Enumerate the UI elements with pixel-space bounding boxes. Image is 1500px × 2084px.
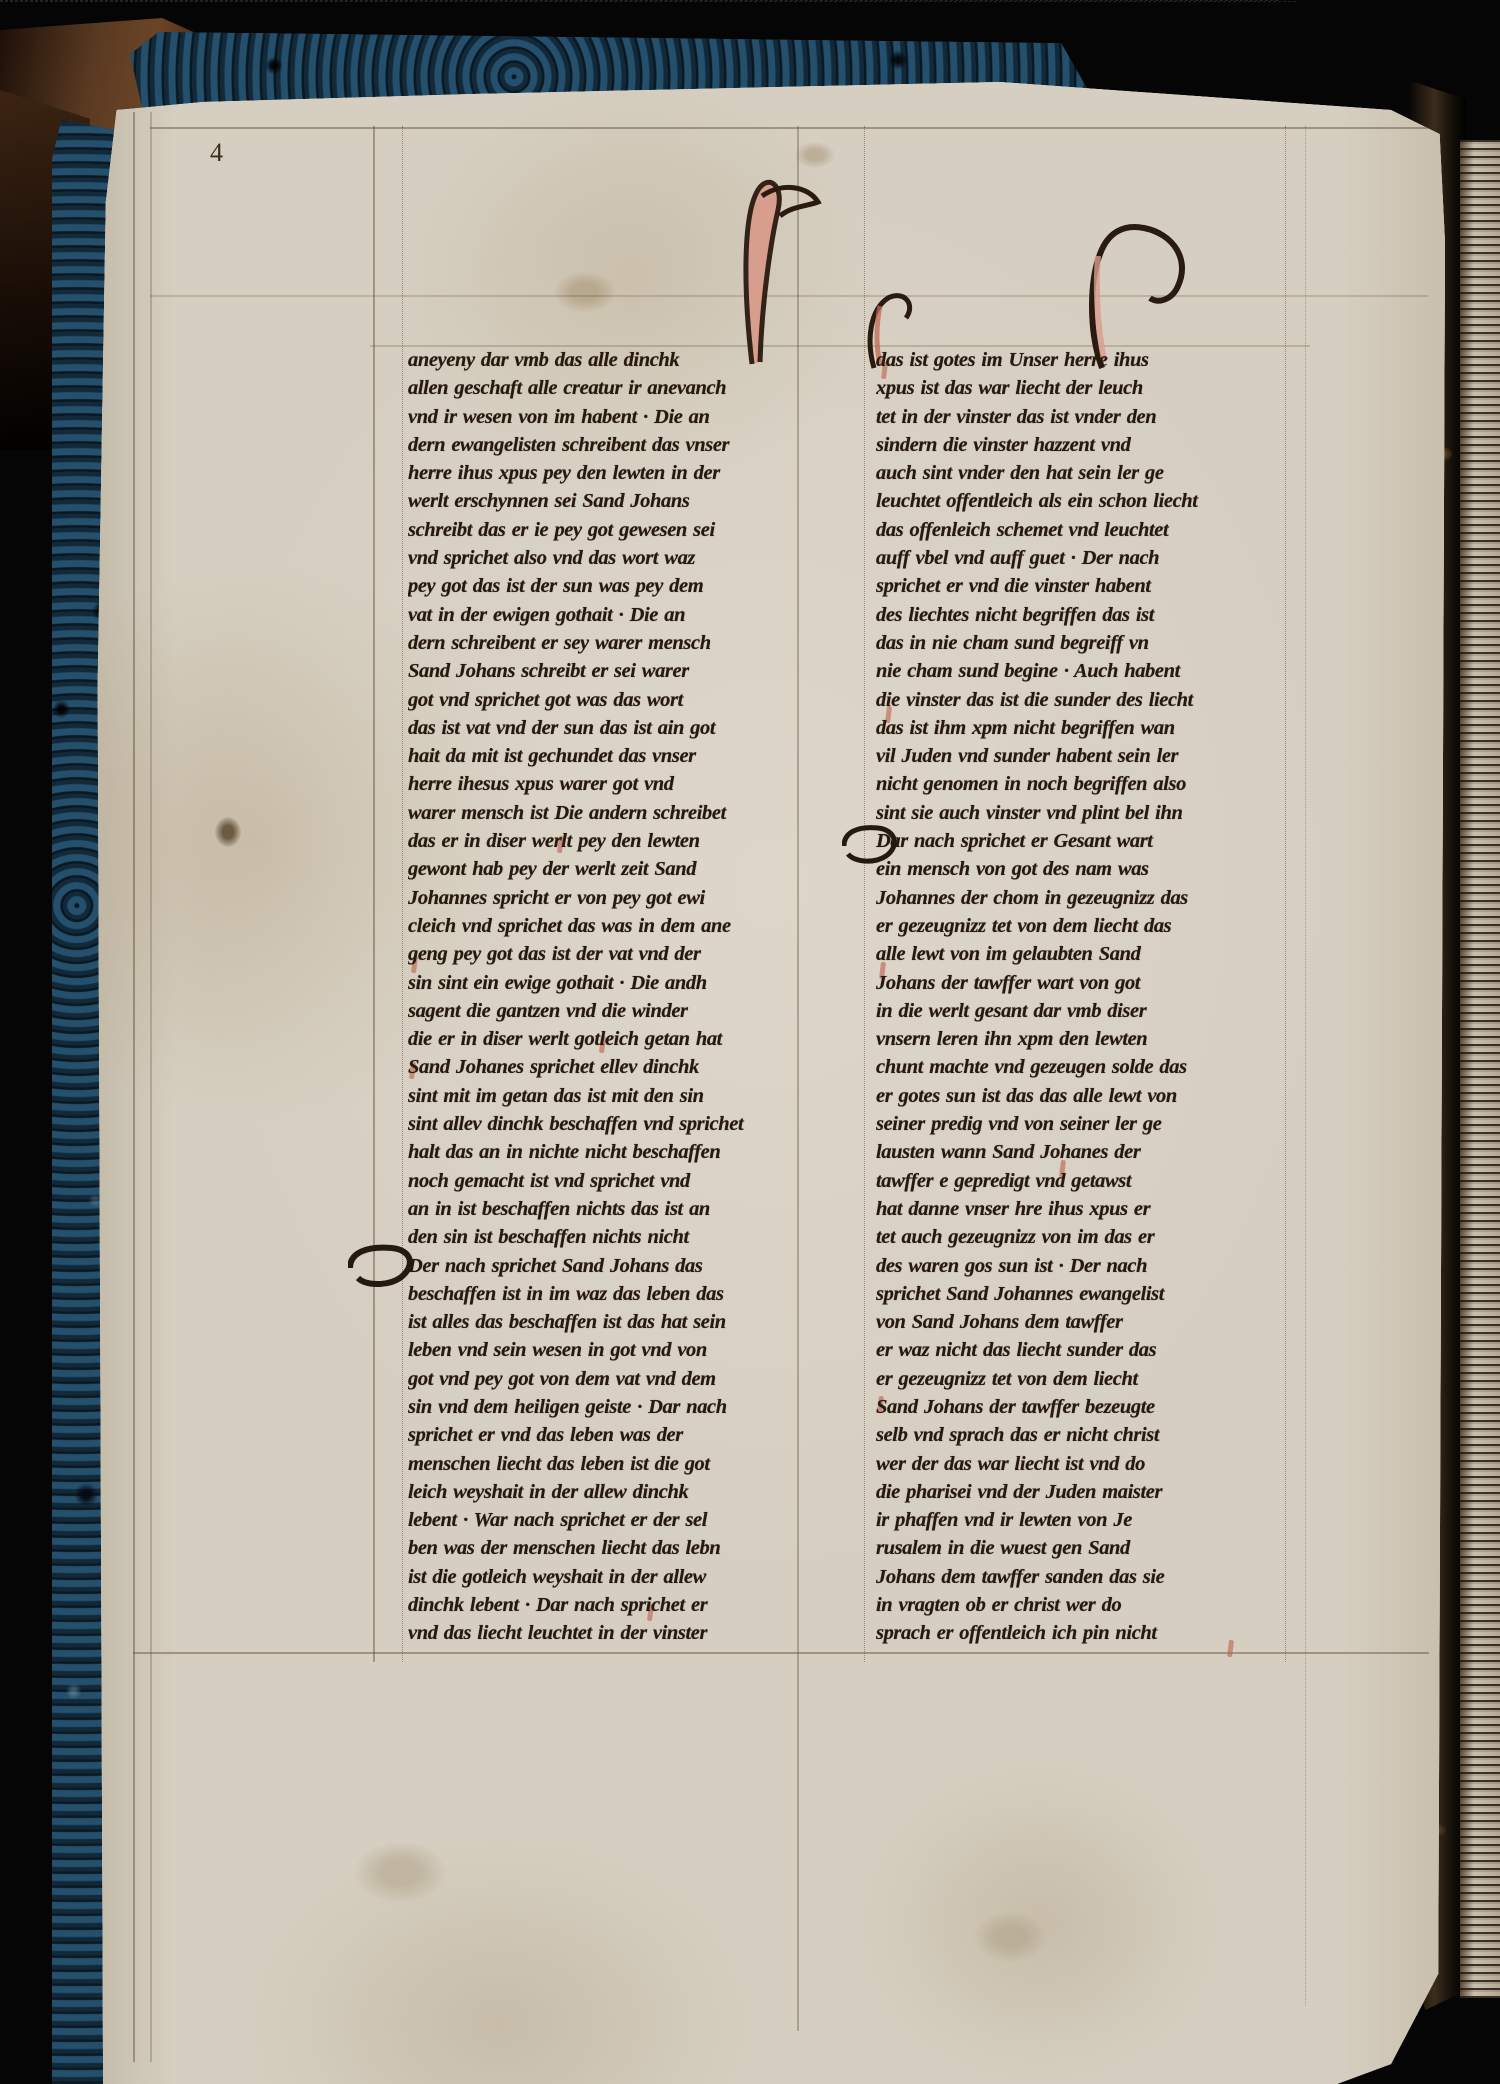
adjacent-folio-edge [1460,140,1500,1998]
manuscript-photograph: 4 aneyeny dar vmb das alle dinchkallen g… [0,0,1500,2084]
manuscript-text-line: leuchtet offentleich als ein schon liech… [876,487,1316,515]
manuscript-text-line: das offenleich schemet vnd leuchtet [876,516,1316,544]
stain [975,1912,1045,1962]
manuscript-text-line: Sand Johanes sprichet ellev dinchk [408,1053,800,1081]
manuscript-text-line: pey got das ist der sun was pey dem [408,572,800,600]
manuscript-text-line: vat in der ewigen gothait · Die an [408,601,800,629]
manuscript-text-line: beschaffen ist in im waz das leben das [408,1280,800,1308]
manuscript-text-line: des waren gos sun ist · Der nach [876,1252,1316,1280]
folio-number: 4 [210,138,223,168]
manuscript-text-line: sint allev dinchk beschaffen vnd spriche… [408,1110,800,1138]
manuscript-text-line: sindern die vinster hazzent vnd [876,431,1316,459]
manuscript-text-line: leich weyshait in der allew dinchk [408,1478,800,1506]
manuscript-text-line: ben was der menschen liecht das lebn [408,1534,800,1562]
manuscript-text-line: das er in diser werlt pey den lewten [408,827,800,855]
manuscript-text-line: seiner predig vnd von seiner ler ge [876,1110,1316,1138]
manuscript-text-line: Sand Johans schreibt er sei warer [408,657,800,685]
manuscript-text-line: Sand Johans der tawffer bezeugte [876,1393,1316,1421]
manuscript-text-line: Der nach sprichet Sand Johans das [408,1252,800,1280]
manuscript-text-line: hait da mit ist gechundet das vnser [408,742,800,770]
manuscript-text-line: sprichet Sand Johannes ewangelist [876,1280,1316,1308]
manuscript-text-line: got vnd pey got von dem vat vnd dem [408,1365,800,1393]
manuscript-text-line: dern schreibent er sey warer mensch [408,629,800,657]
manuscript-text-line: vnsern leren ihn xpm den lewten [876,1025,1316,1053]
manuscript-text-line: schreibt das er ie pey got gewesen sei [408,516,800,544]
manuscript-text-line: sint sie auch vinster vnd plint bel ihn [876,799,1316,827]
ruling-line [150,127,1428,129]
manuscript-text-line: er gotes sun ist das das alle lewt von [876,1082,1316,1110]
manuscript-text-line: lebent · War nach sprichet er der sel [408,1506,800,1534]
manuscript-text-line: er gezeugnizz tet von dem liecht [876,1365,1316,1393]
manuscript-text-line: die pharisei vnd der Juden maister [876,1478,1316,1506]
ruling-line [402,126,405,1662]
manuscript-text-line: dinchk lebent · Dar nach sprichet er [408,1591,800,1619]
manuscript-text-line: halt das an in nichte nicht beschaffen [408,1138,800,1166]
ruling-line [373,126,375,1662]
manuscript-text-line: gewont hab pey der werlt zeit Sand [408,855,800,883]
manuscript-text-line: vnd das liecht leuchtet in der vinster [408,1619,800,1647]
text-column-left: aneyeny dar vmb das alle dinchkallen ges… [408,346,800,1656]
manuscript-text-line: in die werlt gesant dar vmb diser [876,997,1316,1025]
manuscript-text-line: Johans dem tawffer sanden das sie [876,1563,1316,1591]
manuscript-text-line: tet in der vinster das ist vnder den [876,403,1316,431]
cadel-flourish [722,176,822,366]
manuscript-text-line: lausten wann Sand Johanes der [876,1138,1316,1166]
manuscript-text-line: dern ewangelisten schreibent das vnser [408,431,800,459]
manuscript-text-line: rusalem in die wuest gen Sand [876,1534,1316,1562]
manuscript-text-line: sagent die gantzen vnd die winder [408,997,800,1025]
manuscript-text-line: wer der das war liecht ist vnd do [876,1450,1316,1478]
manuscript-text-line: des liechtes nicht begriffen das ist [876,601,1316,629]
manuscript-text-line: die vinster das ist die sunder des liech… [876,686,1316,714]
manuscript-text-line: nie cham sund begine · Auch habent [876,657,1316,685]
manuscript-text-line: geng pey got das ist der vat vnd der [408,940,800,968]
manuscript-text-line: selb vnd sprach das er nicht christ [876,1421,1316,1449]
manuscript-text-line: vnd sprichet also vnd das wort waz [408,544,800,572]
manuscript-text-line: er gezeugnizz tet von dem liecht das [876,912,1316,940]
manuscript-text-line: cleich vnd sprichet das was in dem ane [408,912,800,940]
manuscript-text-line: sint mit im getan das ist mit den sin [408,1082,800,1110]
stain [555,272,615,312]
manuscript-text-line: das ist ihm xpm nicht begriffen wan [876,714,1316,742]
text-column-right: das ist gotes im Unser herre ihusxpus is… [876,346,1316,1656]
manuscript-text-line: vnd ir wesen von im habent · Die an [408,403,800,431]
manuscript-text-line: chunt machte vnd gezeugen solde das [876,1053,1316,1081]
manuscript-text-line: xpus ist das war liecht der leuch [876,374,1316,402]
ruling-line [133,112,135,2062]
manuscript-text-line: Johannes spricht er von pey got ewi [408,884,800,912]
manuscript-text-line: alle lewt von im gelaubten Sand [876,940,1316,968]
manuscript-text-line: herre ihus xpus pey den lewten in der [408,459,800,487]
manuscript-text-line: werlt erschynnen sei Sand Johans [408,487,800,515]
manuscript-text-line: sprichet er vnd das leben was der [408,1421,800,1449]
manuscript-text-line: das ist gotes im Unser herre ihus [876,346,1316,374]
manuscript-text-line: noch gemacht ist vnd sprichet vnd [408,1167,800,1195]
manuscript-text-line: das ist vat vnd der sun das ist ain got [408,714,800,742]
manuscript-text-line: das in nie cham sund begreiff vn [876,629,1316,657]
manuscript-text-line: aneyeny dar vmb das alle dinchk [408,346,800,374]
manuscript-text-line: in vragten ob er christ wer do [876,1591,1316,1619]
manuscript-text-line: herre ihesus xpus warer got vnd [408,770,800,798]
manuscript-text-line: tet auch gezeugnizz von im das er [876,1223,1316,1251]
manuscript-text-line: got vnd sprichet got was das wort [408,686,800,714]
manuscript-text-line: menschen liecht das leben ist die got [408,1450,800,1478]
manuscript-text-line: leben vnd sein wesen in got vnd von [408,1336,800,1364]
manuscript-text-line: Johannes der chom in gezeugnizz das [876,884,1316,912]
manuscript-text-line: allen geschaft alle creatur ir anevanch [408,374,800,402]
stain [215,817,241,847]
stain [795,142,835,168]
ruling-line [0,1,1296,2]
manuscript-text-line: sin sint ein ewige gothait · Die andh [408,969,800,997]
manuscript-text-line: Dar nach sprichet er Gesant wart [876,827,1316,855]
ruling-line [150,112,152,2062]
manuscript-text-line: sin vnd dem heiligen geiste · Dar nach [408,1393,800,1421]
manuscript-text-line: ist die gotleich weyshait in der allew [408,1563,800,1591]
manuscript-text-line: auff vbel vnd auff guet · Der nach [876,544,1316,572]
manuscript-text-line: tawffer e gepredigt vnd getawst [876,1167,1316,1195]
manuscript-text-line: sprach er offentleich ich pin nicht [876,1619,1316,1647]
manuscript-text-line: vil Juden vnd sunder habent sein ler [876,742,1316,770]
manuscript-text-line: sprichet er vnd die vinster habent [876,572,1316,600]
manuscript-text-line: ist alles das beschaffen ist das hat sei… [408,1308,800,1336]
manuscript-text-line: warer mensch ist Die andern schreibet [408,799,800,827]
manuscript-text-line: ir phaffen vnd ir lewten von Je [876,1506,1316,1534]
manuscript-text-line: hat danne vnser hre ihus xpus er [876,1195,1316,1223]
manuscript-text-line: auch sint vnder den hat sein ler ge [876,459,1316,487]
manuscript-text-line: den sin ist beschaffen nichts nicht [408,1223,800,1251]
stain [355,1842,445,1902]
manuscript-text-line: ein mensch von got des nam was [876,855,1316,883]
manuscript-text-line: an in ist beschaffen nichts das ist an [408,1195,800,1223]
manuscript-text-line: die er in diser werlt gotleich getan hat [408,1025,800,1053]
manuscript-text-line: nicht genomen in noch begriffen also [876,770,1316,798]
manuscript-text-line: Johans der tawffer wart von got [876,969,1316,997]
manuscript-text-line: er waz nicht das liecht sunder das [876,1336,1316,1364]
manuscript-text-line: von Sand Johans dem tawffer [876,1308,1316,1336]
